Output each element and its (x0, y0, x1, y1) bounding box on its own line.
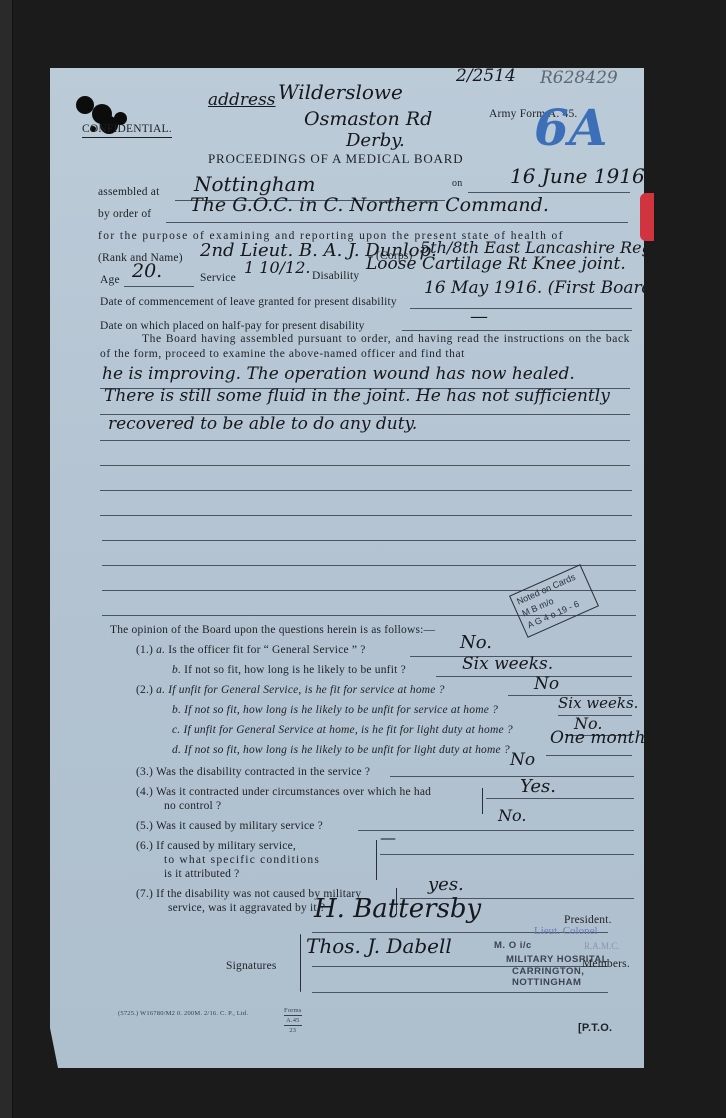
member-signature: Thos. J. Dabell (306, 934, 452, 958)
rule (100, 490, 632, 491)
rule (358, 830, 634, 831)
printer-line: (5725.) W16780/M2 0. 200M. 2/16. C. P., … (118, 1010, 248, 1017)
half-pay-value[interactable]: — (470, 306, 488, 327)
question-1a: (1.) a. Is the officer fit for “ General… (136, 644, 366, 656)
on-label: on (452, 178, 462, 189)
rule (390, 776, 634, 777)
rule (486, 798, 634, 799)
disability-value[interactable]: Loose Cartilage Rt Knee joint. (366, 254, 626, 274)
noted-on-cards-stamp: Noted on Cards M B m/o A G 4 o 19 - 6 (509, 564, 599, 638)
members-label: Members. (582, 958, 630, 970)
question-3: (3.) Was the disability contracted in th… (136, 766, 370, 778)
question-7-cont: service, was it aggravated by it ? (168, 902, 325, 914)
question-6-cont: to what specific conditions (164, 854, 320, 866)
answer-1a[interactable]: No. (460, 632, 492, 653)
age-value[interactable]: 20. (132, 260, 162, 282)
forms-bot: 23 (284, 1026, 302, 1035)
answer-6[interactable]: — (380, 828, 396, 847)
leave-date-label: Date of commencement of leave granted fo… (100, 296, 397, 308)
rule (402, 330, 632, 331)
service-value[interactable]: 1 10/12. (244, 258, 310, 277)
rule (380, 854, 634, 855)
rule (102, 540, 636, 541)
by-order-label: by order of (98, 208, 151, 220)
address-line-1: Wilderslowe (278, 80, 403, 104)
address-line-3: Derby. (346, 130, 405, 151)
address-label: address (208, 90, 276, 110)
question-5: (5.) Was it caused by military service ? (136, 820, 323, 832)
forms-fraction: Forms A.45 23 (284, 1006, 302, 1035)
question-4-cont: no control ? (164, 800, 221, 812)
board-date-value[interactable]: 16 June 1916 (510, 164, 645, 188)
rank-stamp: Lieut. Colonel (534, 925, 598, 937)
question-6-cont: is it attributed ? (164, 868, 239, 880)
age-label: Age (100, 274, 120, 286)
brace (376, 840, 377, 880)
hospital-stamp: M. O i/c (494, 940, 532, 951)
answer-2a[interactable]: No (534, 674, 559, 694)
by-order-value[interactable]: The G.O.C. in C. Northern Command. (190, 194, 549, 216)
signatures-label: Signatures (226, 960, 277, 972)
rule (312, 992, 608, 993)
rank-stamp-corps: R.A.M.C. (584, 941, 620, 951)
scanner-edge (0, 0, 13, 1118)
red-seal-tab (640, 193, 654, 241)
rule (546, 755, 632, 756)
rule (468, 192, 630, 193)
opinion-heading: The opinion of the Board upon the questi… (110, 624, 435, 636)
half-pay-label: Date on which placed on half-pay for pre… (100, 320, 365, 332)
question-6: (6.) If caused by military service, (136, 840, 296, 852)
answer-2b[interactable]: Six weeks. (558, 694, 638, 712)
answer-5[interactable]: No. (498, 806, 526, 825)
findings-line-1[interactable]: he is improving. The operation wound has… (102, 364, 575, 384)
pencil-reference: R628429 (540, 68, 618, 88)
question-2c: c. If unfit for General Service at home,… (172, 724, 513, 736)
question-1b: b. If not so fit, how long is he likely … (172, 664, 406, 676)
answer-2d[interactable]: One month (550, 728, 645, 748)
confidential-label: CONFIDENTIAL. (82, 123, 172, 135)
question-2a: (2.) a. If unfit for General Service, is… (136, 684, 445, 696)
question-2d: d. If not so fit, how long is he likely … (172, 744, 510, 756)
board-paragraph: The Board having assembled pursuant to o… (100, 332, 630, 362)
service-label: Service (200, 272, 236, 284)
folio-mark: 6A (534, 98, 608, 157)
form-title: PROCEEDINGS OF A MEDICAL BOARD (208, 151, 463, 167)
question-4: (4.) Was it contracted under circumstanc… (136, 786, 431, 798)
brace (482, 788, 483, 814)
reference-number: 2/2514 (456, 66, 516, 86)
forms-top: Forms (284, 1006, 302, 1016)
brace (300, 934, 301, 992)
findings-line-3[interactable]: recovered to be able to do any duty. (108, 414, 417, 434)
rule (100, 465, 630, 466)
president-signature: H. Battersby (314, 894, 481, 924)
answer-1b[interactable]: Six weeks. (462, 654, 553, 674)
answer-3[interactable]: No (510, 750, 535, 770)
medical-board-form: 2/2514 R628429 address Wilderslowe Osmas… (50, 68, 644, 1068)
answer-7[interactable]: yes. (428, 874, 464, 895)
disability-label: Disability (312, 270, 359, 282)
address-line-2: Osmaston Rd (304, 108, 432, 130)
rule (124, 286, 194, 287)
rule (410, 308, 632, 309)
answer-4[interactable]: Yes. (520, 776, 556, 797)
rule (100, 440, 630, 441)
rule (102, 565, 636, 566)
forms-mid: A.45 (284, 1016, 302, 1026)
assembled-at-value[interactable]: Nottingham (194, 172, 315, 196)
question-2b: b. If not so fit, how long is he likely … (172, 704, 498, 716)
pto-label: [P.T.O. (578, 1022, 612, 1034)
assembled-at-label: assembled at (98, 186, 159, 198)
rule (166, 222, 628, 223)
leave-date-value[interactable]: 16 May 1916. (First Board) (424, 278, 659, 298)
findings-line-2[interactable]: There is still some fluid in the joint. … (104, 386, 610, 406)
rule (100, 515, 632, 516)
